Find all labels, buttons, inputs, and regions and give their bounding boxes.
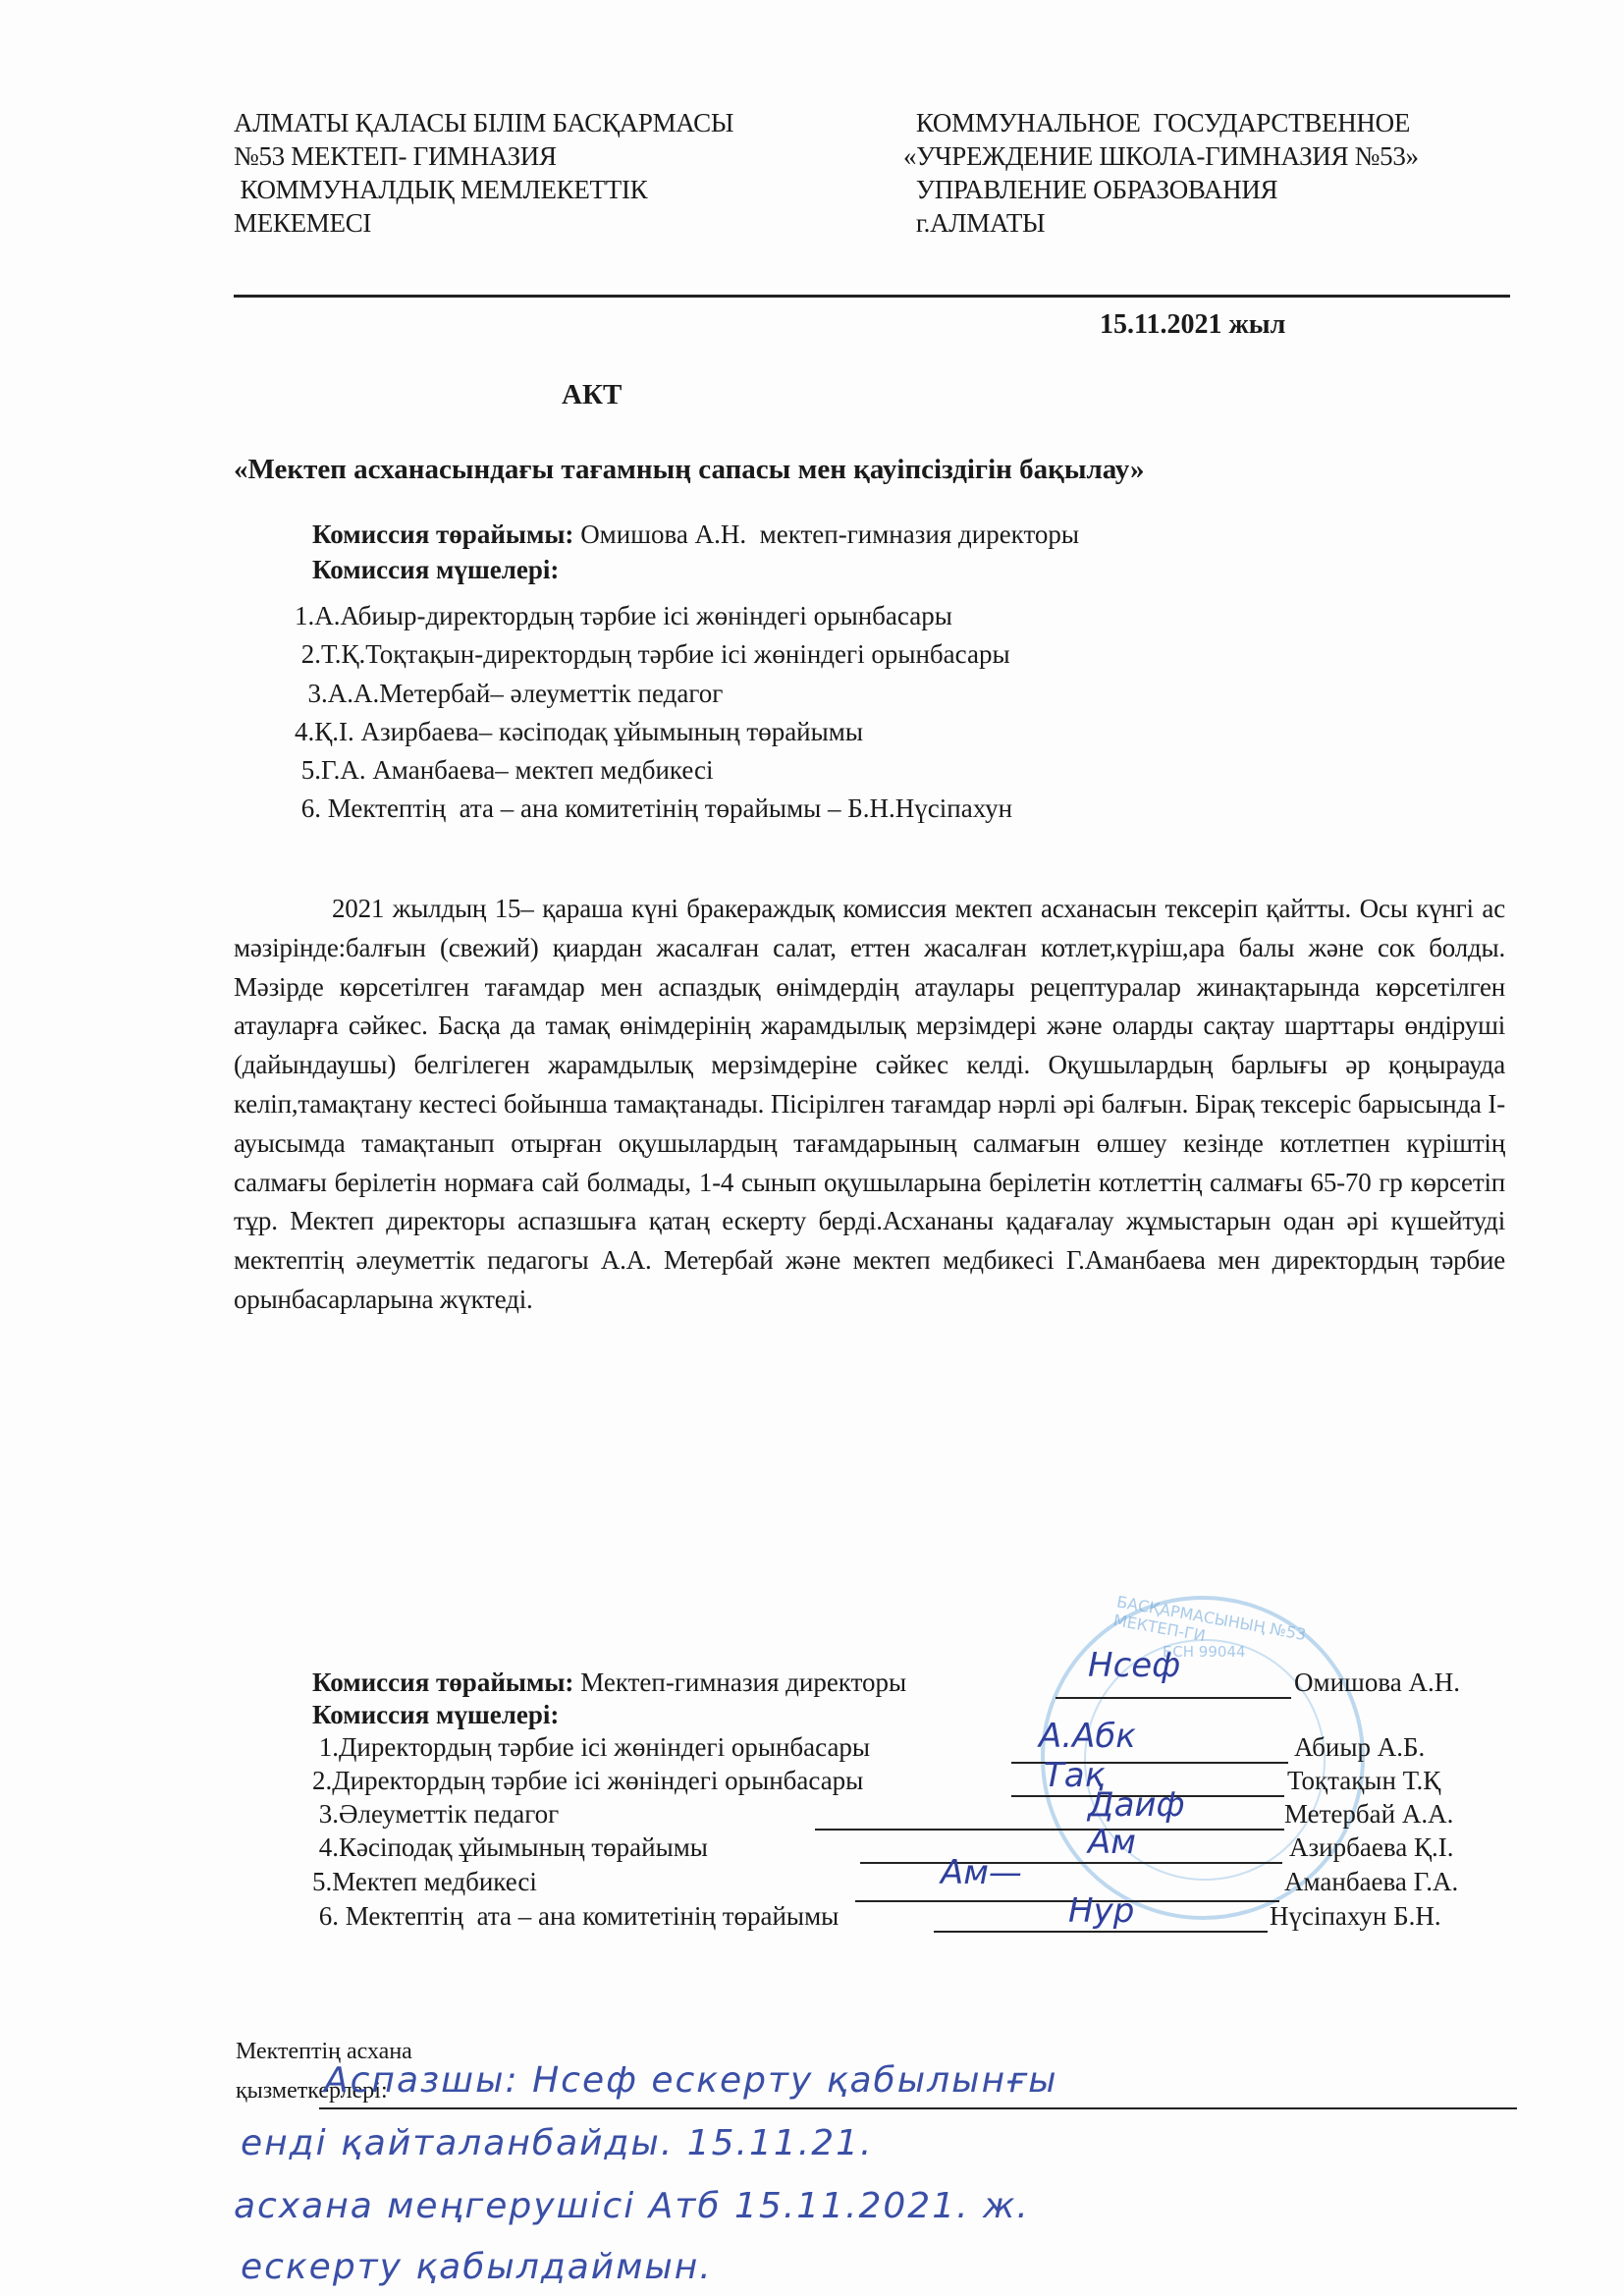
chair-label: Комиссия төрайымы: xyxy=(312,519,573,549)
handwritten-signature: Ам— xyxy=(941,1853,1022,1892)
handwritten-signature: Даиф xyxy=(1088,1785,1185,1825)
signature-row: 3.Әлеуметтік педагог Даиф Метербай А.А. xyxy=(312,1799,1490,1832)
header-divider xyxy=(234,295,1510,298)
signature-row: 4.Кәсіподақ ұйымының төрайымы Ам Азирбае… xyxy=(312,1832,1490,1866)
member-item: 3.А.А.Метербай– әлеуметтік педагог xyxy=(295,675,1012,713)
members-label: Комиссия мүшелері: xyxy=(312,556,1079,584)
handwritten-note-line: Аспазшы: Нсеф ескерту қабылынғы xyxy=(324,2060,1058,2101)
handwritten-signature: Ам xyxy=(1088,1823,1136,1862)
signer-role: 6. Мектептің ата – ана комитетінің төрай… xyxy=(312,1901,839,1932)
signer-name: Тоқтақын Т.Қ xyxy=(1287,1766,1440,1796)
header-ru-line: КОММУНАЛЬНОЕ ГОСУДАРСТВЕННОЕ xyxy=(903,106,1419,139)
signer-name: Метербай А.А. xyxy=(1284,1799,1453,1830)
member-item: 4.Қ.І. Азирбаева– кәсіподақ ұйымының төр… xyxy=(295,713,1012,751)
signer-name: Азирбаева Қ.І. xyxy=(1289,1832,1453,1863)
chair-label: Комиссия төрайымы: xyxy=(312,1667,573,1697)
signature-line xyxy=(815,1829,1284,1831)
member-item: 1.А.Абиыр-директордың тәрбие ісі жөнінде… xyxy=(295,597,1012,635)
signature-row: 5.Мектеп медбикесі Ам— Аманбаева Г.А. xyxy=(312,1867,1490,1900)
handwritten-signature: Нур xyxy=(1068,1891,1134,1931)
members-label: Комиссия мүшелері: xyxy=(312,1700,559,1733)
chair-value: Омишова А.Н. мектеп-гимназия директоры xyxy=(573,519,1079,549)
header-kz-line: МЕКЕМЕСІ xyxy=(234,206,733,240)
staff-signature-line xyxy=(319,2107,1517,2109)
handwritten-signature: А.Абк xyxy=(1039,1717,1136,1756)
header-kz-line: КОММУНАЛДЫҚ МЕМЛЕКЕТТІК xyxy=(234,173,733,206)
signer-name: Омишова А.Н. xyxy=(1294,1667,1460,1698)
member-item: 6. Мектептің ата – ана комитетінің төрай… xyxy=(295,790,1012,828)
signature-row: 1.Директордың тәрбие ісі жөніндегі орынб… xyxy=(312,1732,1490,1766)
header-russian: КОММУНАЛЬНОЕ ГОСУДАРСТВЕННОЕ «УЧРЕЖДЕНИЕ… xyxy=(903,106,1419,240)
signer-name: Абиыр А.Б. xyxy=(1294,1732,1425,1763)
body-paragraph: 2021 жылдың 15– қараша күні бракераждық … xyxy=(234,890,1505,1320)
signature-row: 2.Директордың тәрбие ісі жөніндегі орынб… xyxy=(312,1766,1490,1799)
signature-line xyxy=(860,1862,1282,1864)
header-kz-line: №53 МЕКТЕП- ГИМНАЗИЯ xyxy=(234,139,733,173)
chair-role: Мектеп-гимназия директоры xyxy=(573,1667,906,1697)
header-ru-line: «УЧРЕЖДЕНИЕ ШКОЛА-ГИМНАЗИЯ №53» xyxy=(903,139,1419,173)
commission-chair: Комиссия төрайымы: Омишова А.Н. мектеп-г… xyxy=(312,520,1079,549)
handwritten-note-line: енді қайталанбайды. 15.11.21. xyxy=(241,2123,873,2163)
member-item: 5.Г.А. Аманбаева– мектеп медбикесі xyxy=(295,751,1012,790)
signature-row-chair: Комиссия төрайымы: Мектеп-гимназия дирек… xyxy=(312,1667,1490,1701)
header-kz-line: АЛМАТЫ ҚАЛАСЫ БІЛІМ БАСҚАРМАСЫ xyxy=(234,106,733,139)
signature-line xyxy=(1056,1697,1291,1699)
signature-row: 6. Мектептің ата – ана комитетінің төрай… xyxy=(312,1901,1490,1935)
handwritten-note-line: ескерту қабылдаймын. xyxy=(241,2247,713,2287)
signature-line xyxy=(934,1931,1268,1933)
signer-role: 4.Кәсіподақ ұйымының төрайымы xyxy=(312,1832,708,1863)
document-title: АКТ xyxy=(562,379,622,411)
document-date: 15.11.2021 жыл xyxy=(1100,309,1285,341)
header-kazakh: АЛМАТЫ ҚАЛАСЫ БІЛІМ БАСҚАРМАСЫ №53 МЕКТЕ… xyxy=(234,106,733,240)
signer-role: 5.Мектеп медбикесі xyxy=(312,1867,537,1897)
signer-role: 2.Директордың тәрбие ісі жөніндегі орынб… xyxy=(312,1766,863,1796)
signer-role: 1.Директордың тәрбие ісі жөніндегі орынб… xyxy=(312,1732,870,1763)
member-item: 2.Т.Қ.Тоқтақын-директордың тәрбие ісі жө… xyxy=(295,635,1012,674)
signer-role: 3.Әлеуметтік педагог xyxy=(312,1799,559,1830)
document-subtitle: «Мектеп асханасындағы тағамның сапасы ме… xyxy=(234,454,1145,486)
commission-members: 1.А.Абиыр-директордың тәрбие ісі жөнінде… xyxy=(295,597,1012,829)
commission-header: Комиссия төрайымы: Омишова А.Н. мектеп-г… xyxy=(312,520,1079,584)
handwritten-signature: Нсеф xyxy=(1088,1646,1180,1685)
handwritten-note-line: асхана меңгерушісі Атб 15.11.2021. ж. xyxy=(234,2186,1030,2226)
header-ru-line: УПРАВЛЕНИЕ ОБРАЗОВАНИЯ xyxy=(903,173,1419,206)
signer-name: Аманбаева Г.А. xyxy=(1284,1867,1458,1897)
header-ru-line: г.АЛМАТЫ xyxy=(903,206,1419,240)
signer-name: Нүсіпахун Б.Н. xyxy=(1270,1901,1441,1932)
